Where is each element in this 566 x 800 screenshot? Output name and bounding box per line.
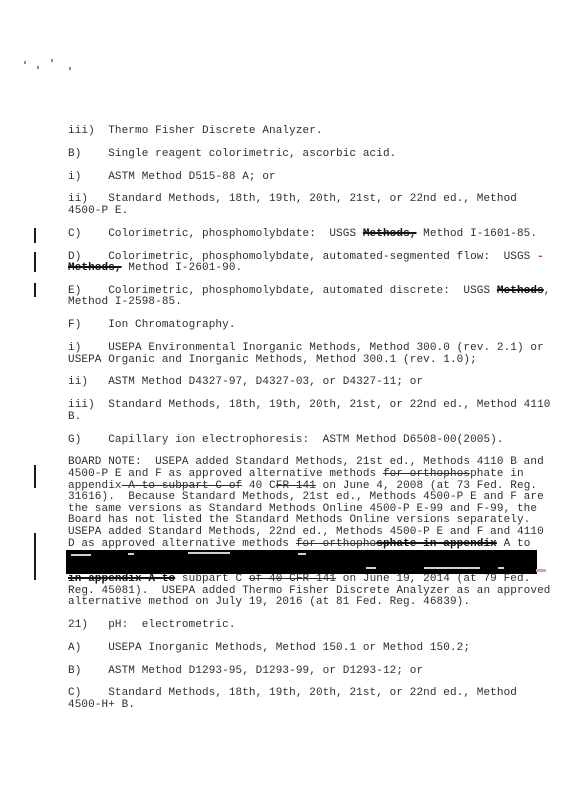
text-line: 21) pH: electrometric. xyxy=(68,620,544,632)
text-line: Methods, Method I-2601-90. xyxy=(68,263,544,275)
text-segment: on June 19, 2014 (at 79 Fed. xyxy=(336,573,530,585)
margin-change-bar xyxy=(34,283,36,297)
text-segment: E) Colorimetric, phosphomolybdate, autom… xyxy=(68,285,497,297)
text-line: A) USEPA Inorganic Methods, Method 150.1… xyxy=(68,643,544,655)
text-line: ii) Standard Methods, 18th, 19th, 20th, … xyxy=(68,194,544,206)
text-segment: G) Capillary ion electrophoresis: ASTM M… xyxy=(68,434,504,446)
text-line: C) Standard Methods, 18th, 19th, 20th, 2… xyxy=(68,688,544,700)
text-line: USEPA Organic and Inorganic Methods, Met… xyxy=(68,355,544,367)
item-i-astm-d515: i) ASTM Method D515-88 A; or xyxy=(68,172,544,184)
text-line: iii) Thermo Fisher Discrete Analyzer. xyxy=(68,126,544,138)
text-segment: D as approved alternative methods xyxy=(68,538,296,550)
text-line: B) Single reagent colorimetric, ascorbic… xyxy=(68,149,544,161)
text-segment: subpart C xyxy=(175,573,249,585)
text-segment: B) Single reagent colorimetric, ascorbic… xyxy=(68,148,396,160)
text-segment: USEPA Organic and Inorganic Methods, Met… xyxy=(68,354,477,366)
margin-change-bar xyxy=(34,465,36,488)
struck-text: sphate in appendix xyxy=(376,538,497,550)
scan-speck xyxy=(24,61,26,64)
text-line: 4500-P E. xyxy=(68,206,544,218)
text-segment: Method I-1601-85. xyxy=(416,228,537,240)
item-ii-astm-d4327: ii) ASTM Method D4327-97, D4327-03, or D… xyxy=(68,377,544,389)
text-line: G) Capillary ion electrophoresis: ASTM M… xyxy=(68,435,544,447)
text-line: F) Ion Chromatography. xyxy=(68,320,544,332)
text-segment: appendix xyxy=(68,480,122,492)
text-segment: Method I-2601-90. xyxy=(122,262,243,274)
redaction-bar xyxy=(66,562,537,574)
scan-speck xyxy=(37,66,39,69)
text-segment: 21) pH: electrometric. xyxy=(68,619,236,631)
scan-speck xyxy=(71,554,91,556)
text-segment: i) USEPA Environmental Inorganic Methods… xyxy=(68,342,544,354)
text-segment: A) USEPA Inorganic Methods, Method 150.1… xyxy=(68,642,470,654)
struck-text: of 40 CFR 141 xyxy=(249,573,336,585)
scan-speck xyxy=(366,567,376,569)
text-segment: USEPA added Standard Methods, 22nd ed., … xyxy=(68,526,544,538)
text-segment: Reg. 45081). USEPA added Thermo Fisher D… xyxy=(68,585,550,597)
text-segment: 31616). Because Standard Methods, 21st e… xyxy=(68,491,544,503)
item-B-single-reagent: B) Single reagent colorimetric, ascorbic… xyxy=(68,149,544,161)
item-G-capillary-ion-electrophoresis: G) Capillary ion electrophoresis: ASTM M… xyxy=(68,435,544,447)
text-segment: Method I-2598-85. xyxy=(68,296,182,308)
pink-pen-mark xyxy=(536,569,546,572)
text-segment: i) ASTM Method D515-88 A; or xyxy=(68,171,276,183)
scan-speck xyxy=(424,567,480,569)
item-C-standard-methods-4500H: C) Standard Methods, 18th, 19th, 20th, 2… xyxy=(68,688,544,711)
struck-text: Methods xyxy=(497,285,544,297)
item-D-automated-segmented-flow: D) Colorimetric, phosphomolybdate, autom… xyxy=(68,252,544,275)
text-line: alternative method on July 19, 2016 (at … xyxy=(68,597,544,609)
item-B-astm-d1293: B) ASTM Method D1293-95, D1293-99, or D1… xyxy=(68,666,544,678)
text-segment: 4500-H+ B. xyxy=(68,699,135,711)
document-page: iii) Thermo Fisher Discrete Analyzer.B) … xyxy=(0,0,566,800)
text-segment: C) Standard Methods, 18th, 19th, 20th, 2… xyxy=(68,687,517,699)
margin-change-bar xyxy=(34,252,36,272)
struck-text: A to subpart C of xyxy=(122,480,243,492)
text-segment: F) Ion Chromatography. xyxy=(68,319,236,331)
item-F-ion-chromatography: F) Ion Chromatography. xyxy=(68,320,544,332)
scan-speck xyxy=(498,567,504,569)
red-pen-mark: - xyxy=(537,251,544,263)
struck-text: in appendix A to xyxy=(68,573,175,585)
text-segment: iii) Thermo Fisher Discrete Analyzer. xyxy=(68,125,323,137)
text-segment: iii) Standard Methods, 18th, 19th, 20th,… xyxy=(68,399,550,411)
scan-speck xyxy=(188,552,230,554)
item-E-automated-discrete: E) Colorimetric, phosphomolybdate, autom… xyxy=(68,286,544,309)
margin-change-bar xyxy=(34,228,36,243)
struck-text: for orthopho xyxy=(296,538,376,550)
text-segment: Board has not listed the Standard Method… xyxy=(68,514,530,526)
text-line: B. xyxy=(68,412,544,424)
item-i-usepa-300: i) USEPA Environmental Inorganic Methods… xyxy=(68,343,544,366)
text-segment: B) ASTM Method D1293-95, D1293-99, or D1… xyxy=(68,665,423,677)
text-segment: B. xyxy=(68,411,81,423)
board-note: BOARD NOTE: USEPA added Standard Methods… xyxy=(68,457,544,609)
struck-text: Methods, xyxy=(363,228,417,240)
text-line: C) Colorimetric, phosphomolybdate: USGS … xyxy=(68,229,544,241)
text-line: B) ASTM Method D1293-95, D1293-99, or D1… xyxy=(68,666,544,678)
text-line: iii) Standard Methods, 18th, 19th, 20th,… xyxy=(68,400,544,412)
scan-speck xyxy=(69,67,71,70)
text-segment: on June 4, 2008 (at 73 Fed. Reg. xyxy=(316,480,537,492)
item-C-colorimetric-phosphomolybdate: C) Colorimetric, phosphomolybdate: USGS … xyxy=(68,229,544,241)
struck-text: for orthophos xyxy=(383,468,470,480)
text-segment: phate in xyxy=(470,468,524,480)
text-segment: C) Colorimetric, phosphomolybdate: USGS xyxy=(68,228,363,240)
text-segment: BOARD NOTE: USEPA added Standard Methods… xyxy=(68,456,544,468)
text-segment: A to xyxy=(497,538,531,550)
item-iii-standard-methods-4110: iii) Standard Methods, 18th, 19th, 20th,… xyxy=(68,400,544,423)
document-text: iii) Thermo Fisher Discrete Analyzer.B) … xyxy=(68,126,544,723)
scan-speck xyxy=(51,59,53,62)
redaction-bar xyxy=(66,550,537,562)
item-ii-standard-methods-4500PE: ii) Standard Methods, 18th, 19th, 20th, … xyxy=(68,194,544,217)
text-segment: alternative method on July 19, 2016 (at … xyxy=(68,596,470,608)
text-line: ii) ASTM Method D4327-97, D4327-03, or D… xyxy=(68,377,544,389)
text-segment: D) Colorimetric, phosphomolybdate, autom… xyxy=(68,251,537,263)
text-segment: , xyxy=(544,285,551,297)
text-line: i) ASTM Method D515-88 A; or xyxy=(68,172,544,184)
text-segment: the same versions as Standard Methods On… xyxy=(68,503,537,515)
item-iii-thermo-fisher: iii) Thermo Fisher Discrete Analyzer. xyxy=(68,126,544,138)
text-segment: 4500-P E and F as approved alternative m… xyxy=(68,468,383,480)
text-segment: 4500-P E. xyxy=(68,205,128,217)
text-segment: 40 C xyxy=(242,480,276,492)
text-line: 4500-H+ B. xyxy=(68,700,544,712)
item-A-usepa-150: A) USEPA Inorganic Methods, Method 150.1… xyxy=(68,643,544,655)
scan-speck xyxy=(298,553,306,555)
text-segment: ii) Standard Methods, 18th, 19th, 20th, … xyxy=(68,193,517,205)
item-21-ph-electrometric: 21) pH: electrometric. xyxy=(68,620,544,632)
scan-speck xyxy=(128,553,134,555)
struck-text: FR 141 xyxy=(276,480,316,492)
struck-text: Methods, xyxy=(68,262,122,274)
text-line: Method I-2598-85. xyxy=(68,297,544,309)
margin-change-bar xyxy=(34,533,36,580)
text-line: D as approved alternative methods for or… xyxy=(68,539,544,551)
text-segment: ii) ASTM Method D4327-97, D4327-03, or D… xyxy=(68,376,423,388)
